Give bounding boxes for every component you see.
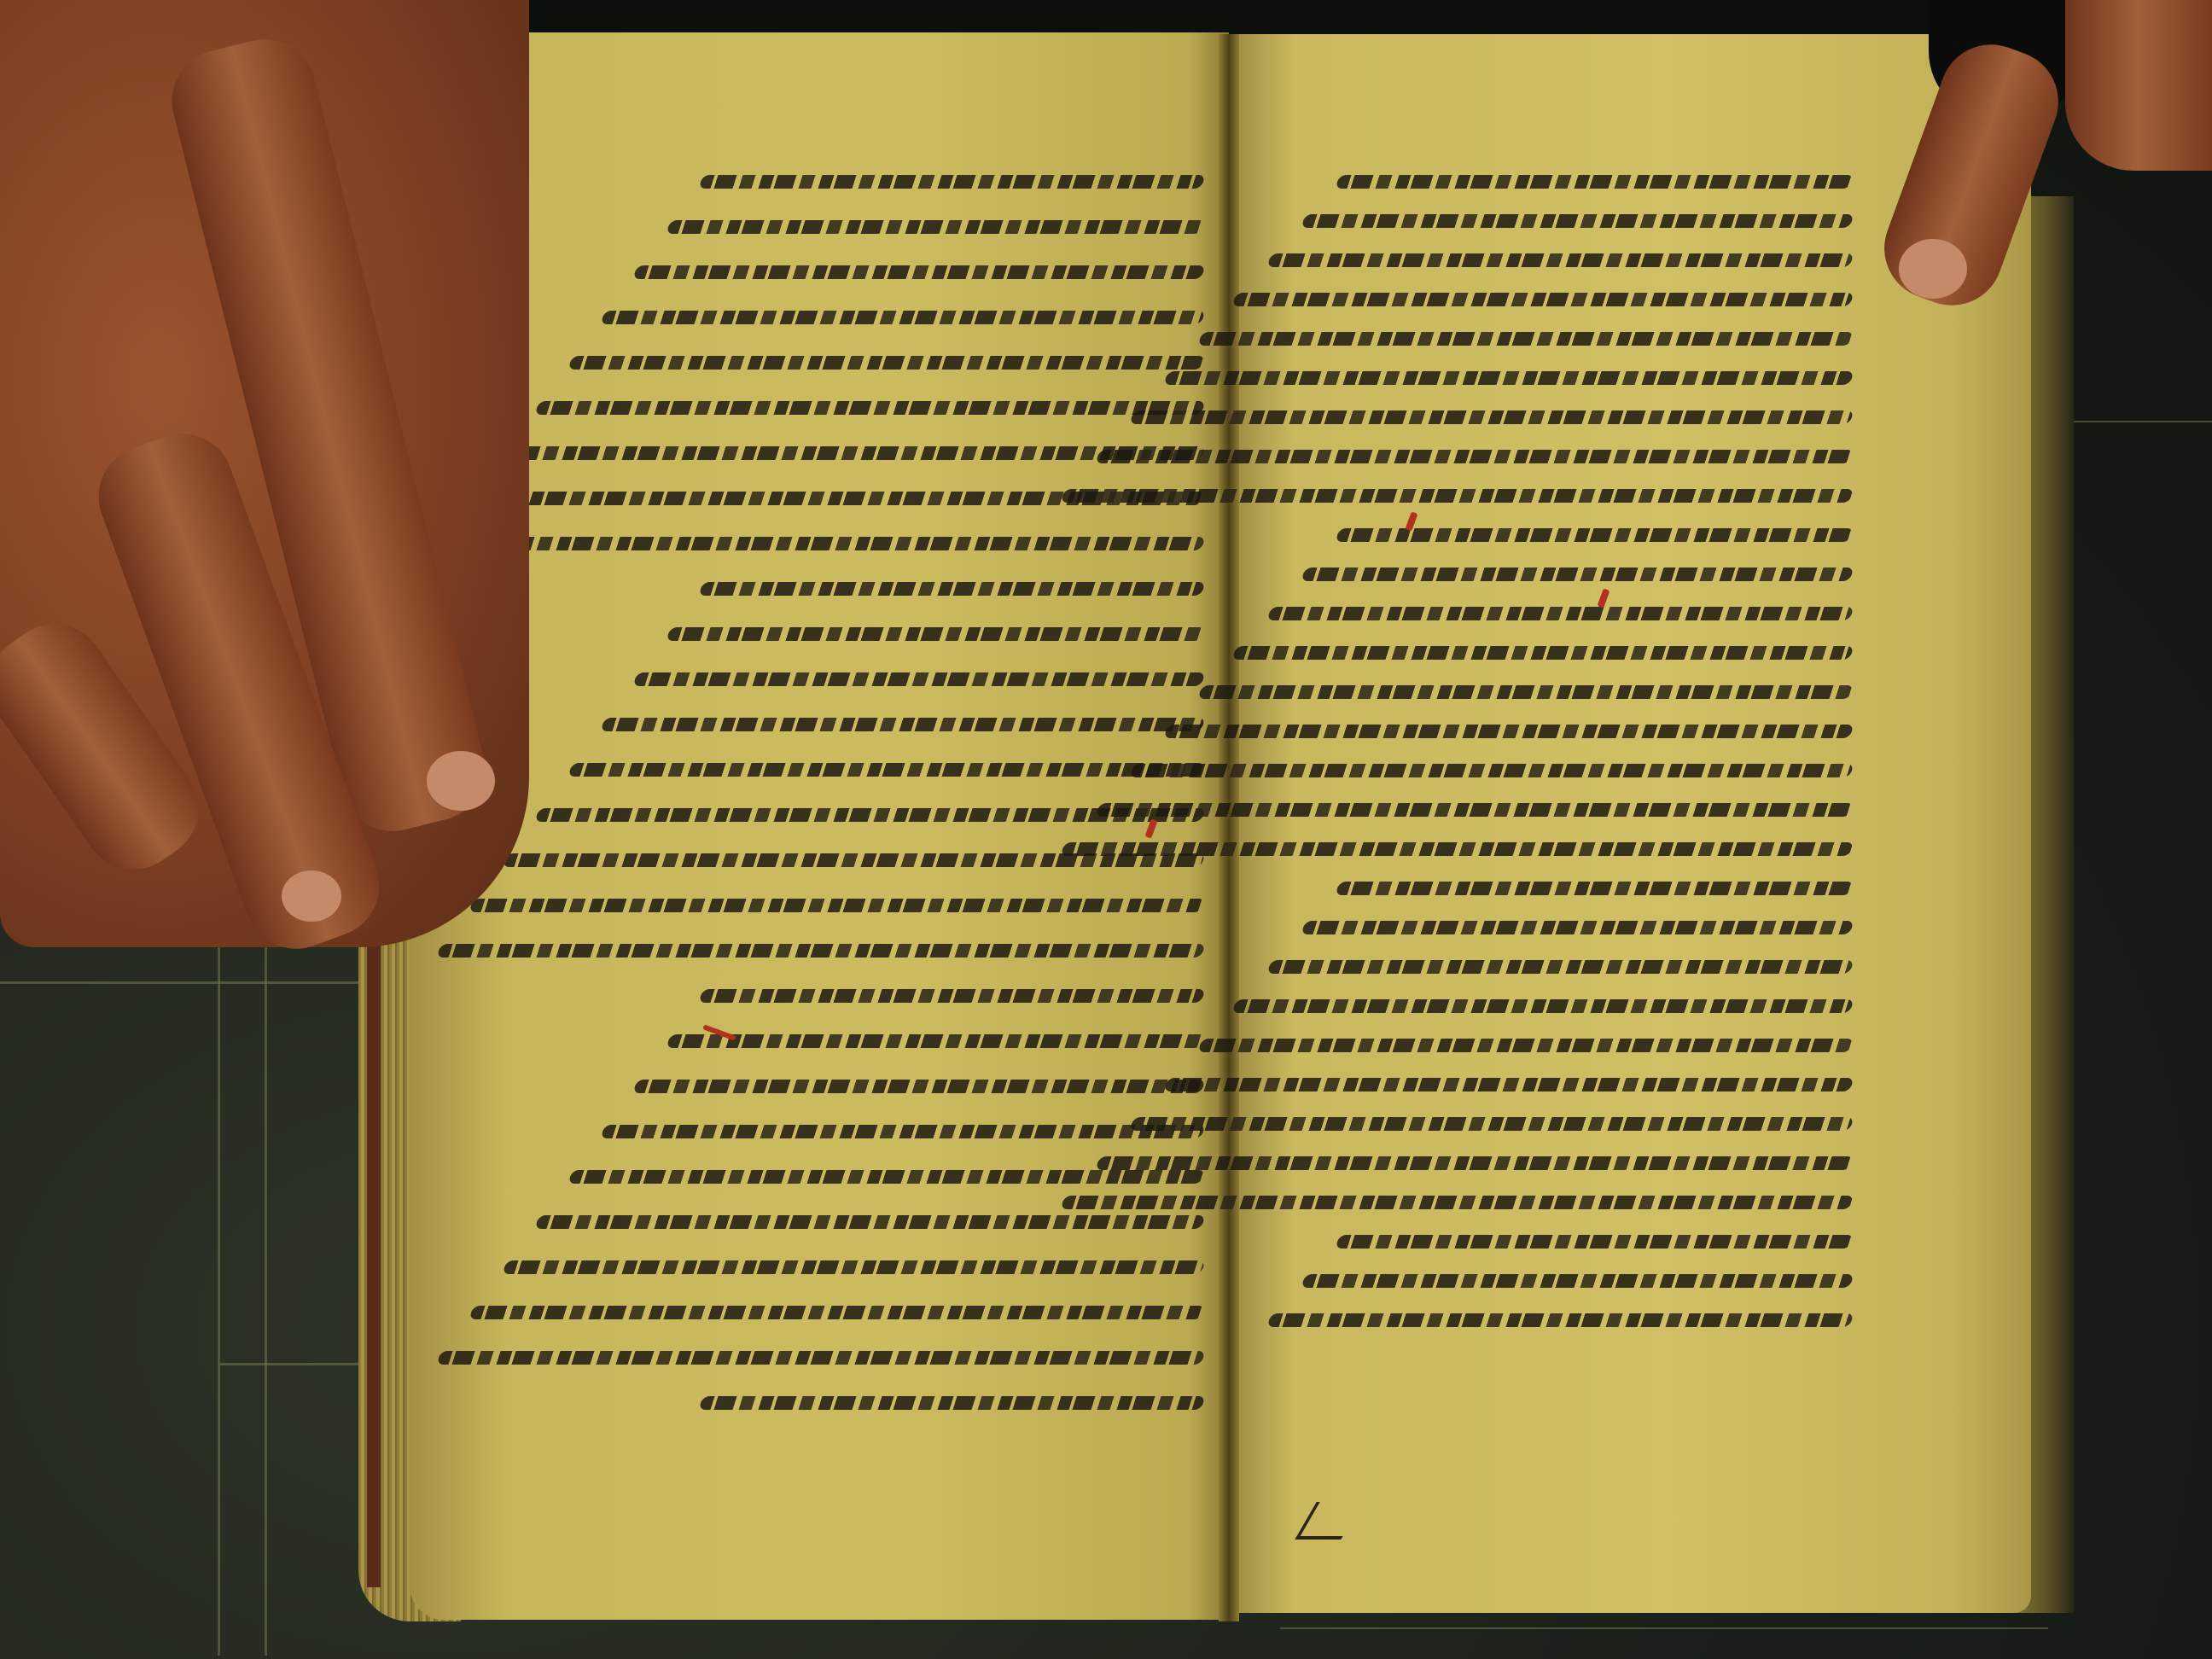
handwritten-line [1061, 489, 1854, 503]
handwritten-line [1129, 410, 1854, 424]
mat-grid-line [2074, 421, 2212, 422]
handwritten-line [436, 1351, 1205, 1365]
handwritten-line [1198, 1039, 1854, 1052]
mat-grid-line [0, 981, 358, 984]
fingernail [1899, 239, 1967, 299]
handwritten-line [600, 718, 1205, 731]
handwritten-line [666, 220, 1205, 234]
handwritten-line [469, 1306, 1206, 1319]
handwritten-line [535, 1215, 1206, 1229]
handwritten-line [633, 672, 1206, 686]
handwritten-line [600, 311, 1205, 324]
handwritten-line [699, 989, 1206, 1003]
handwritten-line [1198, 685, 1854, 699]
handwritten-line [1129, 764, 1854, 777]
handwritten-line [1198, 332, 1854, 346]
handwritten-line [535, 401, 1206, 415]
handwritten-line [1266, 607, 1854, 620]
handwritten-line [1266, 253, 1854, 267]
handwritten-line [1232, 999, 1854, 1013]
handwritten-line [666, 1034, 1205, 1048]
right-finger [2065, 0, 2212, 171]
right-page-text [1280, 175, 1852, 1370]
handwritten-line [1335, 175, 1854, 189]
handwritten-line [1301, 568, 1854, 581]
handwritten-line [666, 627, 1205, 641]
handwritten-line [1232, 293, 1854, 306]
fingernail [282, 870, 341, 922]
fingernail [427, 751, 495, 811]
handwritten-line [1266, 1313, 1854, 1327]
mat-grid-line [265, 939, 267, 1656]
handwritten-line [469, 899, 1206, 912]
gutter [1219, 34, 1239, 1621]
handwritten-line [1232, 646, 1854, 660]
handwritten-line [502, 1260, 1205, 1274]
handwritten-line [1095, 803, 1854, 817]
handwritten-line [1129, 1117, 1854, 1131]
handwritten-line [1095, 450, 1854, 463]
handwritten-line [1335, 882, 1854, 895]
handwritten-line [600, 1125, 1205, 1138]
handwritten-line [436, 944, 1205, 958]
mat-grid-line [1280, 1627, 2048, 1629]
handwritten-line [1163, 1078, 1854, 1091]
handwritten-line [1335, 1235, 1854, 1249]
handwritten-line [1335, 528, 1854, 542]
handwritten-line [568, 356, 1206, 370]
handwritten-line [633, 265, 1206, 279]
handwritten-line [633, 1080, 1206, 1093]
handwritten-line [1163, 371, 1854, 385]
handwritten-line [436, 537, 1205, 550]
handwritten-line [568, 1170, 1206, 1184]
handwritten-line [1266, 960, 1854, 974]
handwritten-line [1301, 921, 1854, 934]
handwritten-line [1061, 842, 1854, 856]
handwritten-line [568, 763, 1206, 777]
handwritten-line [1061, 1196, 1854, 1209]
handwritten-line [699, 175, 1206, 189]
handwritten-line [1301, 1274, 1854, 1288]
handwritten-line [1301, 214, 1854, 228]
handwritten-line [1095, 1156, 1854, 1170]
handwritten-line [699, 582, 1206, 596]
handwritten-line [1163, 725, 1854, 738]
handwritten-line [699, 1396, 1206, 1410]
mat-grid-line [218, 939, 220, 1656]
